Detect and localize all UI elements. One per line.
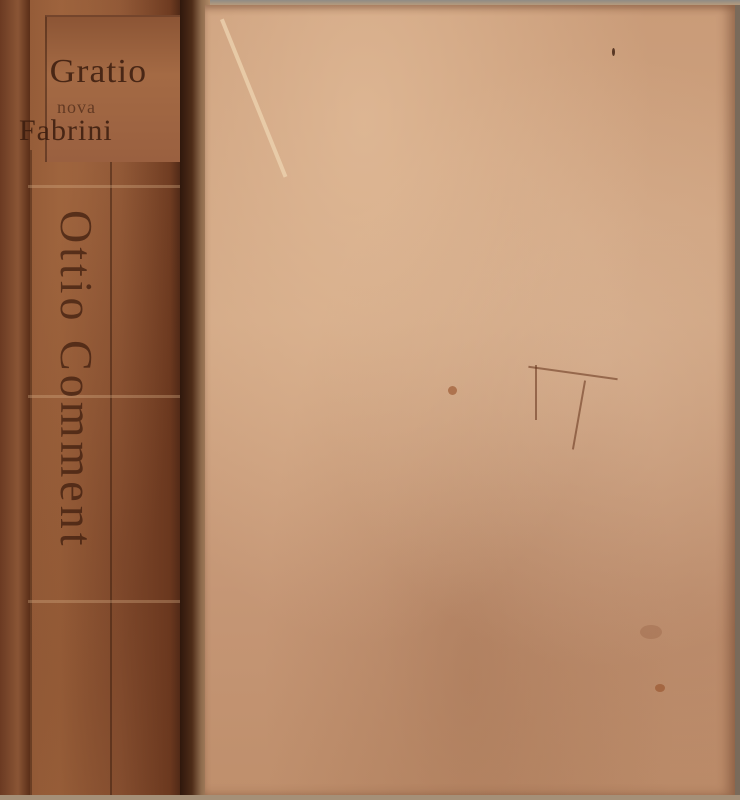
spine-label-line-3: Fabrini xyxy=(19,114,113,148)
book-spine: Gratio nova Fabrini Ottio Comment xyxy=(0,0,200,800)
ink-mark xyxy=(535,365,537,420)
spine-label-line-1: Gratio xyxy=(50,53,148,91)
spine-vertical-title: Ottio Comment xyxy=(43,210,103,730)
spine-band xyxy=(28,185,190,188)
stain-spot xyxy=(448,386,457,395)
spine-rule-line xyxy=(110,160,112,800)
spine-rule-line xyxy=(30,150,32,800)
book-photo: Gratio nova Fabrini Ottio Comment xyxy=(0,0,740,800)
stain-spot xyxy=(640,625,662,639)
stain-spot xyxy=(655,684,665,692)
spine-label: Gratio nova Fabrini xyxy=(45,15,197,162)
bottom-edge xyxy=(0,795,740,800)
front-cover xyxy=(205,5,735,795)
stain-spot xyxy=(612,48,615,56)
